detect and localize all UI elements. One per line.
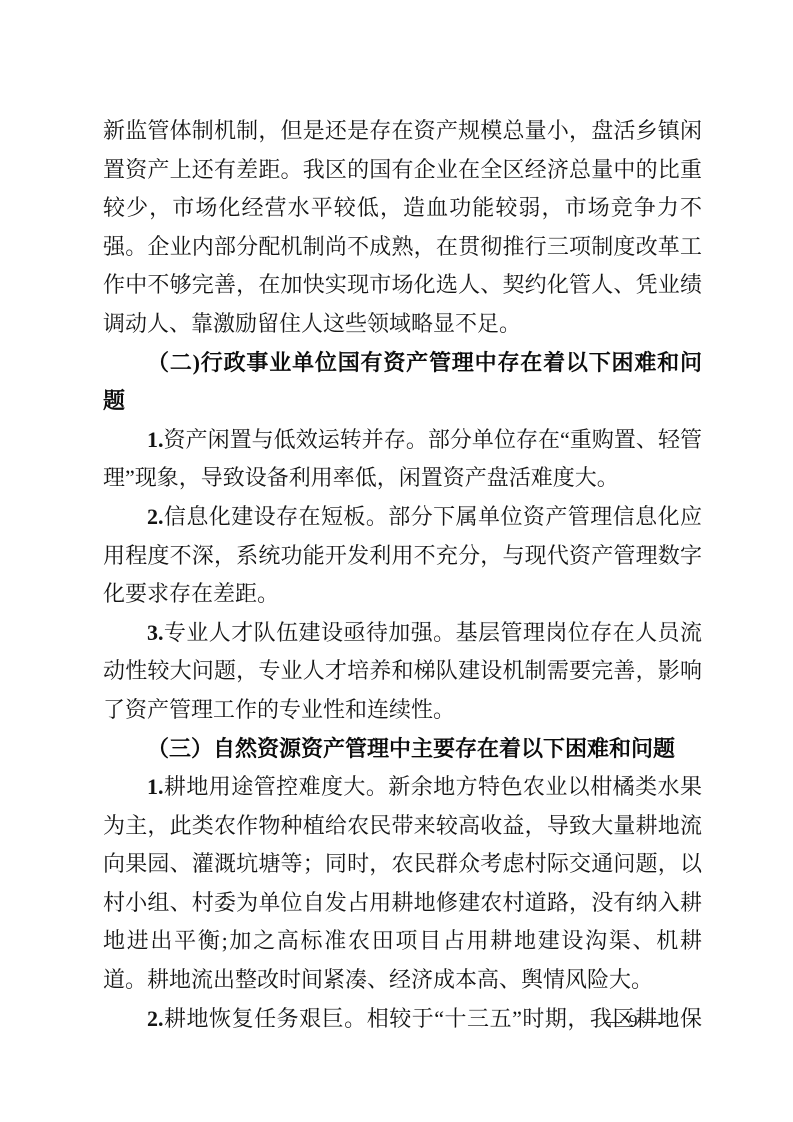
item-number: 1. [147, 427, 164, 452]
page-number: — 9 — [604, 1010, 663, 1032]
paragraph-admin-item-2: 2.信息化建设存在短板。部分下属单位资产管理信息化应用程度不深，系统功能开发利用… [103, 498, 702, 614]
section-heading-3-natural-resources: （三）自然资源资产管理中主要存在着以下困难和问题 [103, 730, 702, 769]
paragraph-soe-issues-continuation: 新监管体制机制，但是还是存在资产规模总量小，盘活乡镇闲置资产上还有差距。我区的国… [103, 112, 702, 344]
paragraph-text: 专业人才队伍建设亟待加强。基层管理岗位存在人员流动性较大问题，专业人才培养和梯队… [103, 620, 702, 722]
section-heading-2-administrative-assets: （二)行政事业单位国有资产管理中存在着以下困难和问题 [103, 344, 702, 421]
item-number: 2. [147, 1006, 164, 1031]
item-number: 1. [147, 774, 164, 799]
item-number: 3. [147, 620, 164, 645]
document-page: 新监管体制机制，但是还是存在资产规模总量小，盘活乡镇闲置资产上还有差距。我区的国… [0, 0, 793, 1122]
item-number: 2. [147, 504, 164, 529]
document-body: 新监管体制机制，但是还是存在资产规模总量小，盘活乡镇闲置资产上还有差距。我区的国… [103, 112, 702, 1038]
paragraph-land-item-1: 1.耕地用途管控难度大。新余地方特色农业以柑橘类水果为主，此类农作物种植给农民带… [103, 768, 702, 1000]
paragraph-text: 耕地用途管控难度大。新余地方特色农业以柑橘类水果为主，此类农作物种植给农民带来较… [103, 774, 702, 992]
paragraph-text: 信息化建设存在短板。部分下属单位资产管理信息化应用程度不深，系统功能开发利用不充… [103, 504, 702, 606]
paragraph-text: 资产闲置与低效运转并存。部分单位存在“重购置、轻管理”现象，导致设备利用率低，闲… [103, 427, 702, 491]
paragraph-admin-item-3: 3.专业人才队伍建设亟待加强。基层管理岗位存在人员流动性较大问题，专业人才培养和… [103, 614, 702, 730]
paragraph-admin-item-1: 1.资产闲置与低效运转并存。部分单位存在“重购置、轻管理”现象，导致设备利用率低… [103, 421, 702, 498]
